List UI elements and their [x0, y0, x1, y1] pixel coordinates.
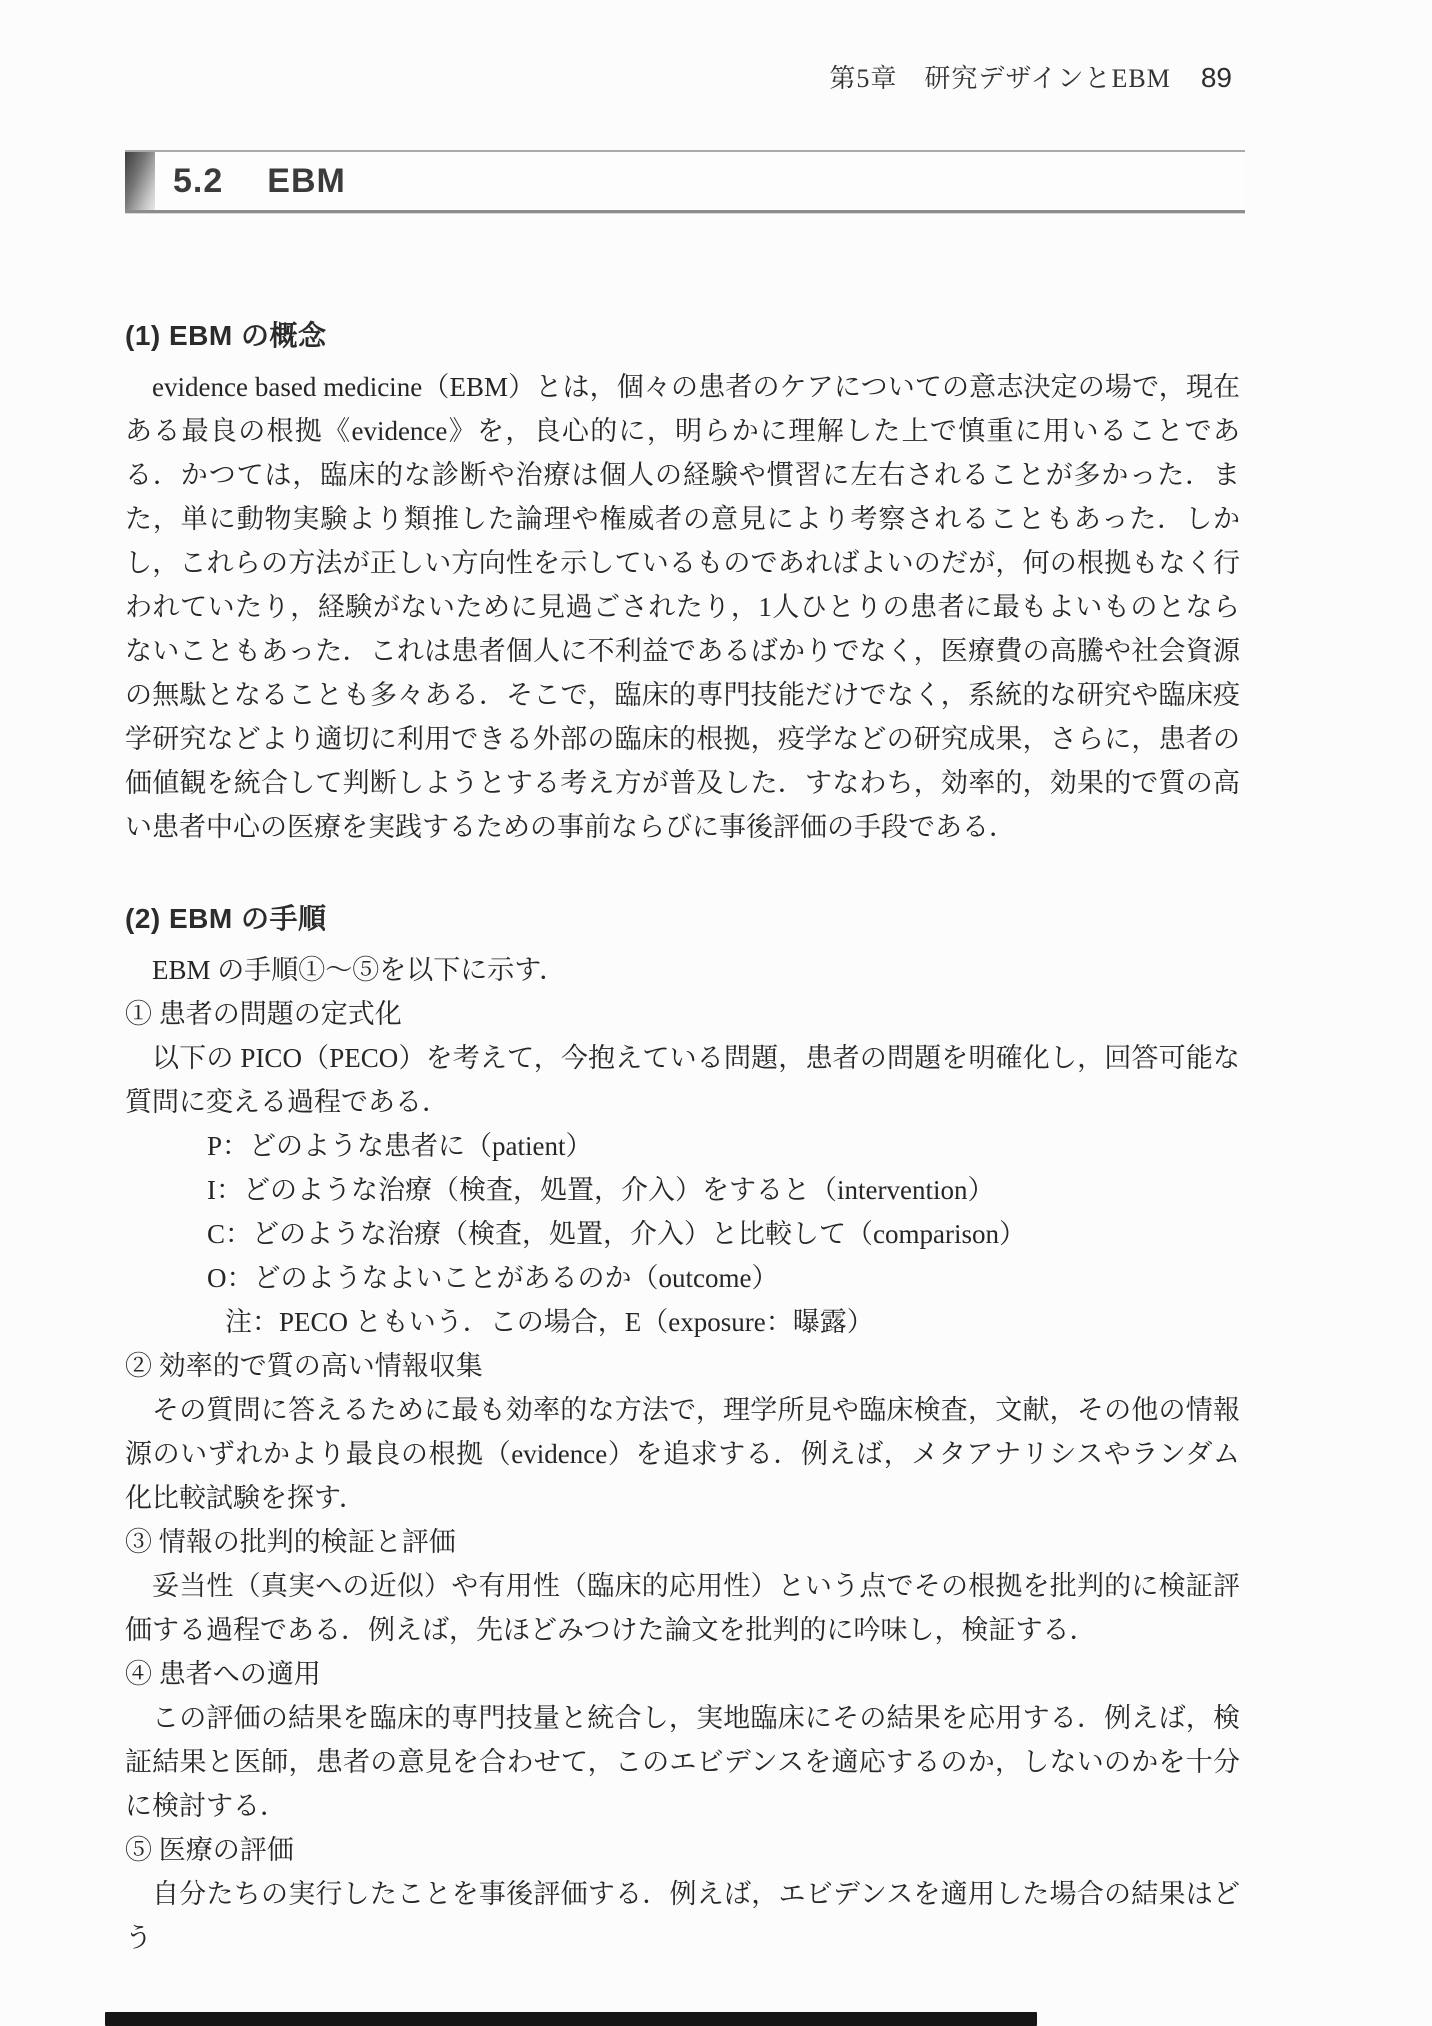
scan-edge-artifact [105, 2012, 1037, 2026]
running-head: 第5章 研究デザインとEBM 89 [829, 58, 1232, 95]
step-3-body: 妥当性（真実への近似）や有用性（臨床的応用性）という点でその根拠を批判的に検証評… [125, 1564, 1240, 1652]
chapter-title: 第5章 研究デザインとEBM [829, 58, 1171, 95]
pico-item-patient: P：どのような患者に（patient） [125, 1124, 1240, 1168]
step-3-title: ③ 情報の批判的検証と評価 [125, 1520, 1240, 1564]
book-page: 第5章 研究デザインとEBM 89 5.2 EBM (1) EBM の概念 ev… [0, 0, 1432, 2026]
step-5-body: 自分たちの実行したことを事後評価する．例えば，エビデンスを適用した場合の結果はど… [125, 1872, 1240, 1960]
section-number: 5.2 [173, 162, 223, 201]
heading-gradient-strip [125, 152, 155, 210]
procedure-intro: EBM の手順①～⑤を以下に示す． [125, 948, 1240, 992]
step-2-body: その質問に答えるために最も効率的な方法で，理学所見や臨床検査，文献，その他の情報… [125, 1388, 1240, 1520]
pico-note: 注：PECO ともいう．この場合，E（exposure：曝露） [125, 1300, 1240, 1344]
step-2-title: ② 効率的で質の高い情報収集 [125, 1344, 1240, 1388]
step-4-title: ④ 患者への適用 [125, 1652, 1240, 1696]
page-number: 89 [1201, 62, 1232, 94]
concept-heading: (1) EBM の概念 [125, 316, 1240, 356]
pico-item-comparison: C：どのような治療（検査，処置，介入）と比較して（comparison） [125, 1212, 1240, 1256]
section-heading-band: 5.2 EBM [125, 150, 1245, 213]
section-heading: 5.2 EBM [173, 152, 346, 210]
step-1-title: ① 患者の問題の定式化 [125, 992, 1240, 1036]
section-title: EBM [267, 162, 346, 201]
step-1-body: 以下の PICO（PECO）を考えて，今抱えている問題，患者の問題を明確化し，回… [125, 1036, 1240, 1124]
pico-item-intervention: I：どのような治療（検査，処置，介入）をすると（intervention） [125, 1168, 1240, 1212]
concept-paragraph: evidence based medicine（EBM）とは，個々の患者のケアに… [125, 365, 1240, 849]
pico-item-outcome: O：どのようなよいことがあるのか（outcome） [125, 1256, 1240, 1300]
page-content: (1) EBM の概念 evidence based medicine（EBM）… [125, 316, 1240, 1960]
procedure-heading: (2) EBM の手順 [125, 899, 1240, 939]
step-4-body: この評価の結果を臨床的専門技量と統合し，実地臨床にその結果を応用する．例えば，検… [125, 1696, 1240, 1828]
step-5-title: ⑤ 医療の評価 [125, 1828, 1240, 1872]
